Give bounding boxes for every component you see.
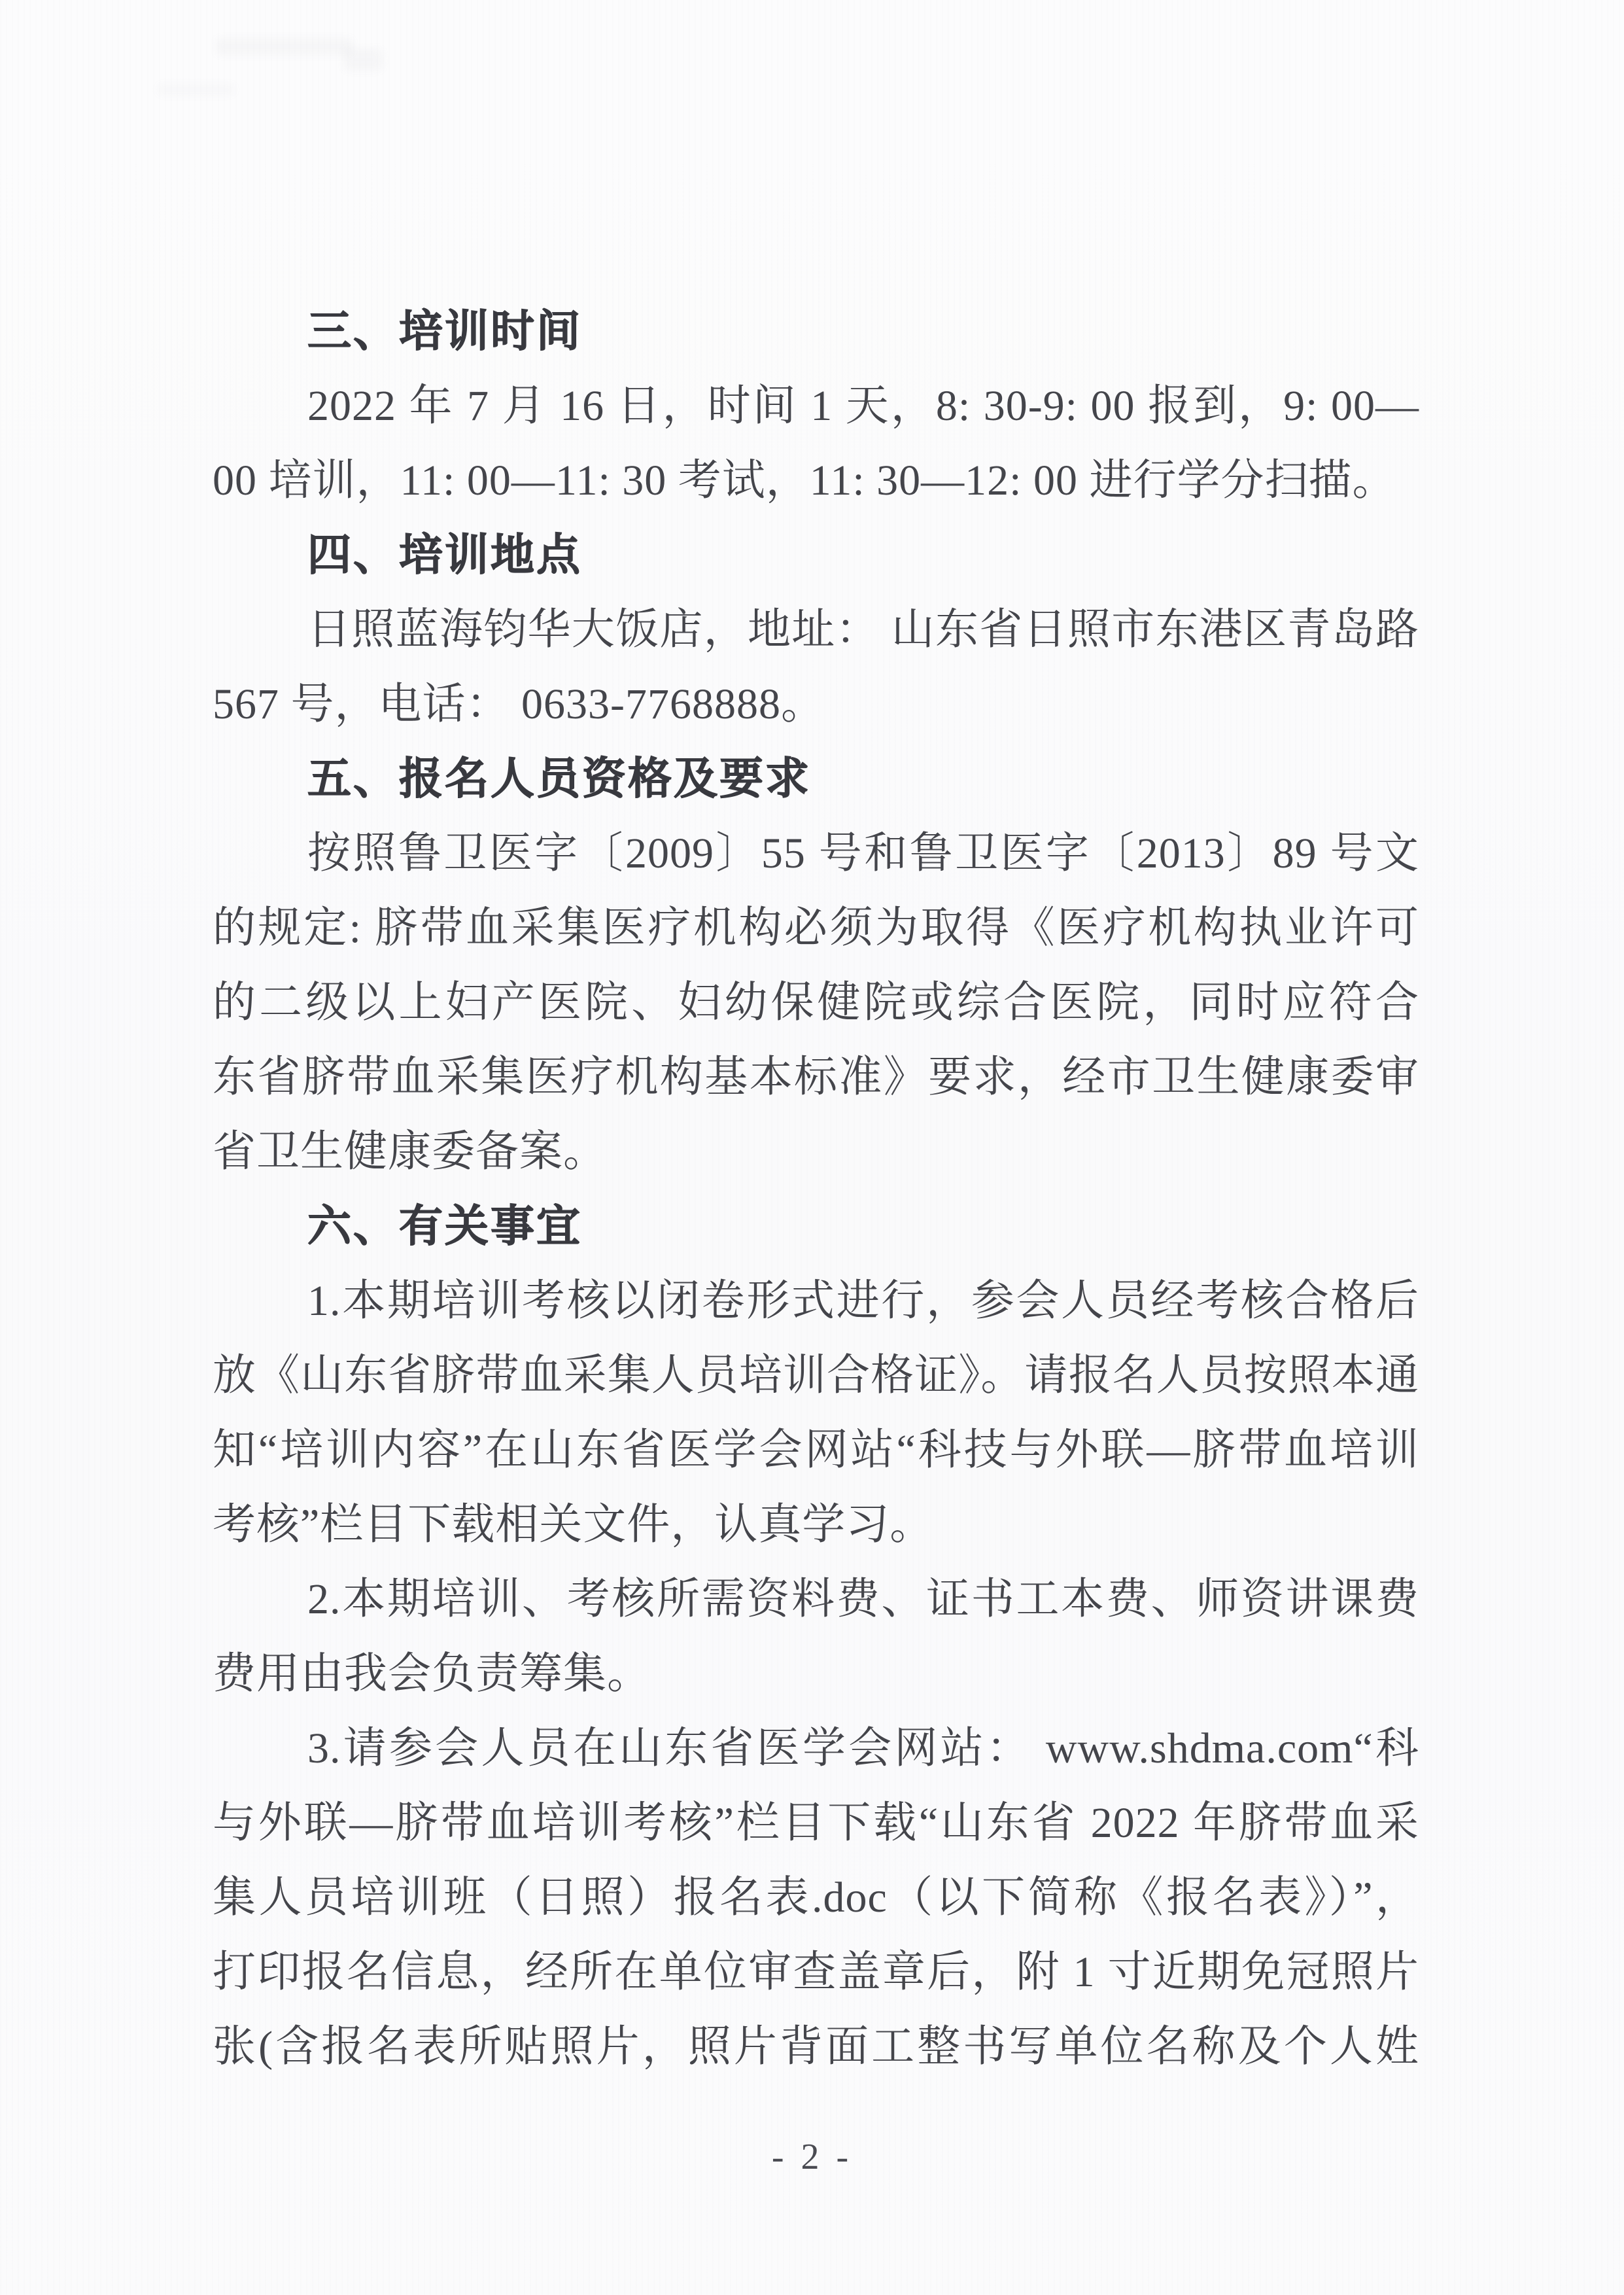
section-heading: 五、报名人员资格及要求 bbox=[213, 742, 1419, 816]
text-line: 东省脐带血采集医疗机构基本标准》要求，经市卫生健康委审核、 bbox=[213, 1040, 1419, 1115]
text-line: 日照蓝海钧华大饭店，地址： 山东省日照市东港区青岛路 bbox=[213, 593, 1419, 667]
text-line: 567 号，电话： 0633-7768888。 bbox=[213, 667, 1419, 742]
text-line: 2022 年 7 月 16 日，时间 1 天，8: 30-9: 00 报到，9:… bbox=[213, 369, 1419, 444]
text-line: 2.本期培训、考核所需资料费、证书工本费、师资讲课费等 bbox=[213, 1562, 1419, 1637]
text-line: 考核”栏目下载相关文件，认真学习。 bbox=[213, 1488, 1419, 1562]
section-heading: 四、培训地点 bbox=[213, 518, 1419, 593]
scan-artifact bbox=[216, 38, 353, 55]
document-body: 三、培训时间2022 年 7 月 16 日，时间 1 天，8: 30-9: 00… bbox=[213, 294, 1419, 2084]
section-heading: 三、培训时间 bbox=[213, 294, 1419, 369]
text-line: 打印报名信息，经所在单位审查盖章后，附 1 寸近期免冠照片 3 bbox=[213, 1935, 1419, 2010]
scan-artifact bbox=[343, 48, 383, 71]
text-line: 1.本期培训考核以闭卷形式进行，参会人员经考核合格后发 bbox=[213, 1264, 1419, 1339]
text-line: 放《山东省脐带血采集人员培训合格证》。请报名人员按照本通 bbox=[213, 1339, 1419, 1413]
text-line: 00 培训，11: 00—11: 30 考试，11: 30—12: 00 进行学… bbox=[213, 444, 1419, 518]
text-line: 张(含报名表所贴照片，照片背面工整书写单位名称及个人姓名) bbox=[213, 2010, 1419, 2084]
text-line: 按照鲁卫医字〔2009〕55 号和鲁卫医字〔2013〕89 号文件 bbox=[213, 816, 1419, 891]
text-line: 知“培训内容”在山东省医学会网站“科技与外联—脐带血培训 bbox=[213, 1413, 1419, 1488]
text-line: 3.请参会人员在山东省医学会网站： www.shdma.com“科技 bbox=[213, 1711, 1419, 1786]
text-line: 与外联—脐带血培训考核”栏目下载“山东省 2022 年脐带血采 bbox=[213, 1786, 1419, 1861]
text-line: 集人员培训班（日照）报名表.doc（以下简称《报名表》）”， bbox=[213, 1861, 1419, 1935]
document-page: 三、培训时间2022 年 7 月 16 日，时间 1 天，8: 30-9: 00… bbox=[0, 0, 1624, 2295]
page-number: - 2 - bbox=[0, 2134, 1624, 2180]
text-line: 的规定: 脐带血采集医疗机构必须为取得《医疗机构执业许可证》 bbox=[213, 891, 1419, 966]
text-line: 的二级以上妇产医院、妇幼保健院或综合医院，同时应符合《山 bbox=[213, 966, 1419, 1040]
text-line: 省卫生健康委备案。 bbox=[213, 1115, 1419, 1189]
section-heading: 六、有关事宜 bbox=[213, 1189, 1419, 1264]
scan-artifact bbox=[157, 84, 235, 96]
text-line: 费用由我会负责筹集。 bbox=[213, 1637, 1419, 1711]
